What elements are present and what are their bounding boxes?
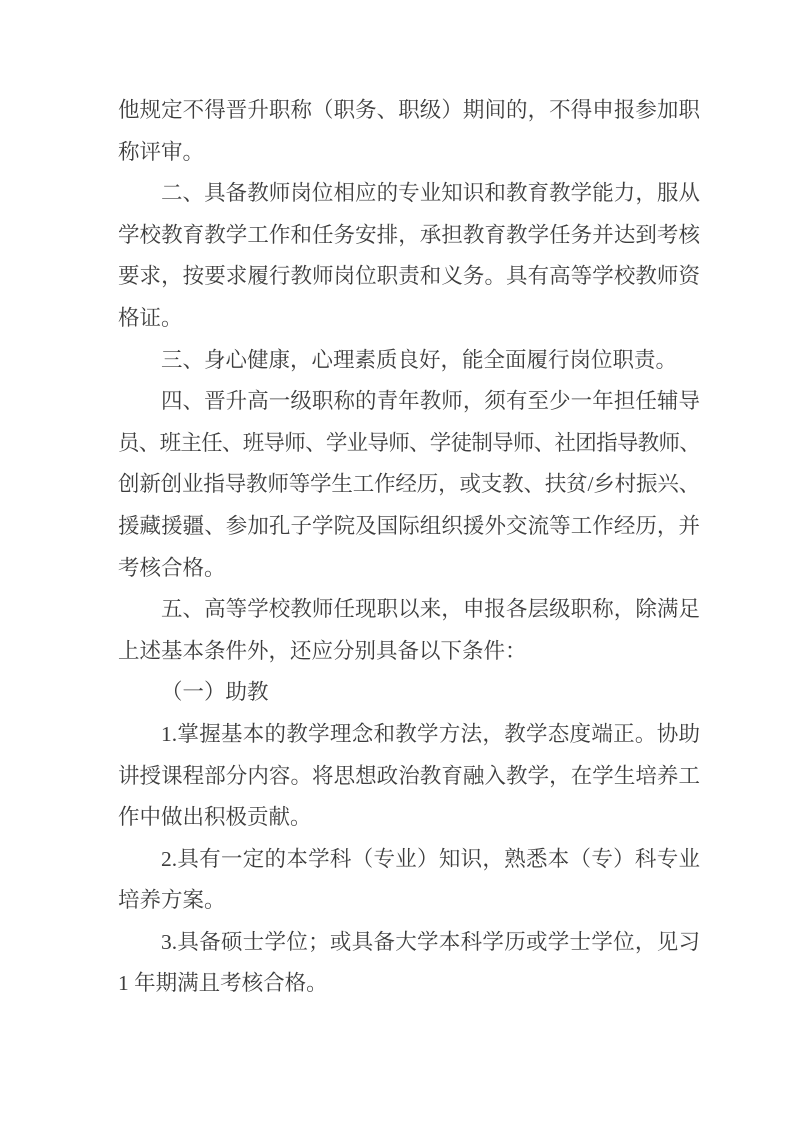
text-line: 员、班主任、班导师、学业导师、学徒制导师、社团指导教师、 [118,423,700,465]
paragraph: 1.掌握基本的教学理念和教学方法，教学态度端正。协助讲授课程部分内容。将思想政治… [118,714,700,839]
text-line: 称评审。 [118,132,700,174]
document-page: 他规定不得晋升职称（职务、职级）期间的，不得申报参加职称评审。二、具备教师岗位相… [0,0,793,1122]
document-body: 他规定不得晋升职称（职务、职级）期间的，不得申报参加职称评审。二、具备教师岗位相… [118,90,700,1005]
paragraph: 3.具备硕士学位；或具备大学本科学历或学士学位，见习1 年期满且考核合格。 [118,922,700,1005]
paragraph: 四、晋升高一级职称的青年教师，须有至少一年担任辅导员、班主任、班导师、学业导师、… [118,381,700,589]
paragraph: （一）助教 [118,672,700,714]
text-line: 格证。 [118,298,700,340]
text-line: 五、高等学校教师任现职以来，申报各层级职称，除满足 [118,589,700,631]
text-line: 上述基本条件外，还应分别具备以下条件： [118,631,700,673]
text-line: 考核合格。 [118,548,700,590]
text-line: 2.具有一定的本学科（专业）知识，熟悉本（专）科专业 [118,839,700,881]
text-line: 二、具备教师岗位相应的专业知识和教育教学能力，服从 [118,173,700,215]
text-line: 讲授课程部分内容。将思想政治教育融入教学，在学生培养工 [118,756,700,798]
paragraph: 他规定不得晋升职称（职务、职级）期间的，不得申报参加职称评审。 [118,90,700,173]
text-line: 1.掌握基本的教学理念和教学方法，教学态度端正。协助 [118,714,700,756]
text-line: 创新创业指导教师等学生工作经历，或支教、扶贫/乡村振兴、 [118,464,700,506]
text-line: 学校教育教学工作和任务安排，承担教育教学任务并达到考核 [118,215,700,257]
text-line: 四、晋升高一级职称的青年教师，须有至少一年担任辅导 [118,381,700,423]
text-line: 援藏援疆、参加孔子学院及国际组织援外交流等工作经历，并 [118,506,700,548]
paragraph: 五、高等学校教师任现职以来，申报各层级职称，除满足上述基本条件外，还应分别具备以… [118,589,700,672]
text-line: （一）助教 [118,672,700,714]
paragraph: 二、具备教师岗位相应的专业知识和教育教学能力，服从学校教育教学工作和任务安排，承… [118,173,700,339]
paragraph: 三、身心健康，心理素质良好，能全面履行岗位职责。 [118,340,700,382]
text-line: 三、身心健康，心理素质良好，能全面履行岗位职责。 [118,340,700,382]
text-line: 作中做出积极贡献。 [118,797,700,839]
text-line: 他规定不得晋升职称（职务、职级）期间的，不得申报参加职 [118,90,700,132]
text-line: 3.具备硕士学位；或具备大学本科学历或学士学位，见习 [118,922,700,964]
text-line: 要求，按要求履行教师岗位职责和义务。具有高等学校教师资 [118,256,700,298]
text-line: 培养方案。 [118,880,700,922]
paragraph: 2.具有一定的本学科（专业）知识，熟悉本（专）科专业培养方案。 [118,839,700,922]
text-line: 1 年期满且考核合格。 [118,963,700,1005]
